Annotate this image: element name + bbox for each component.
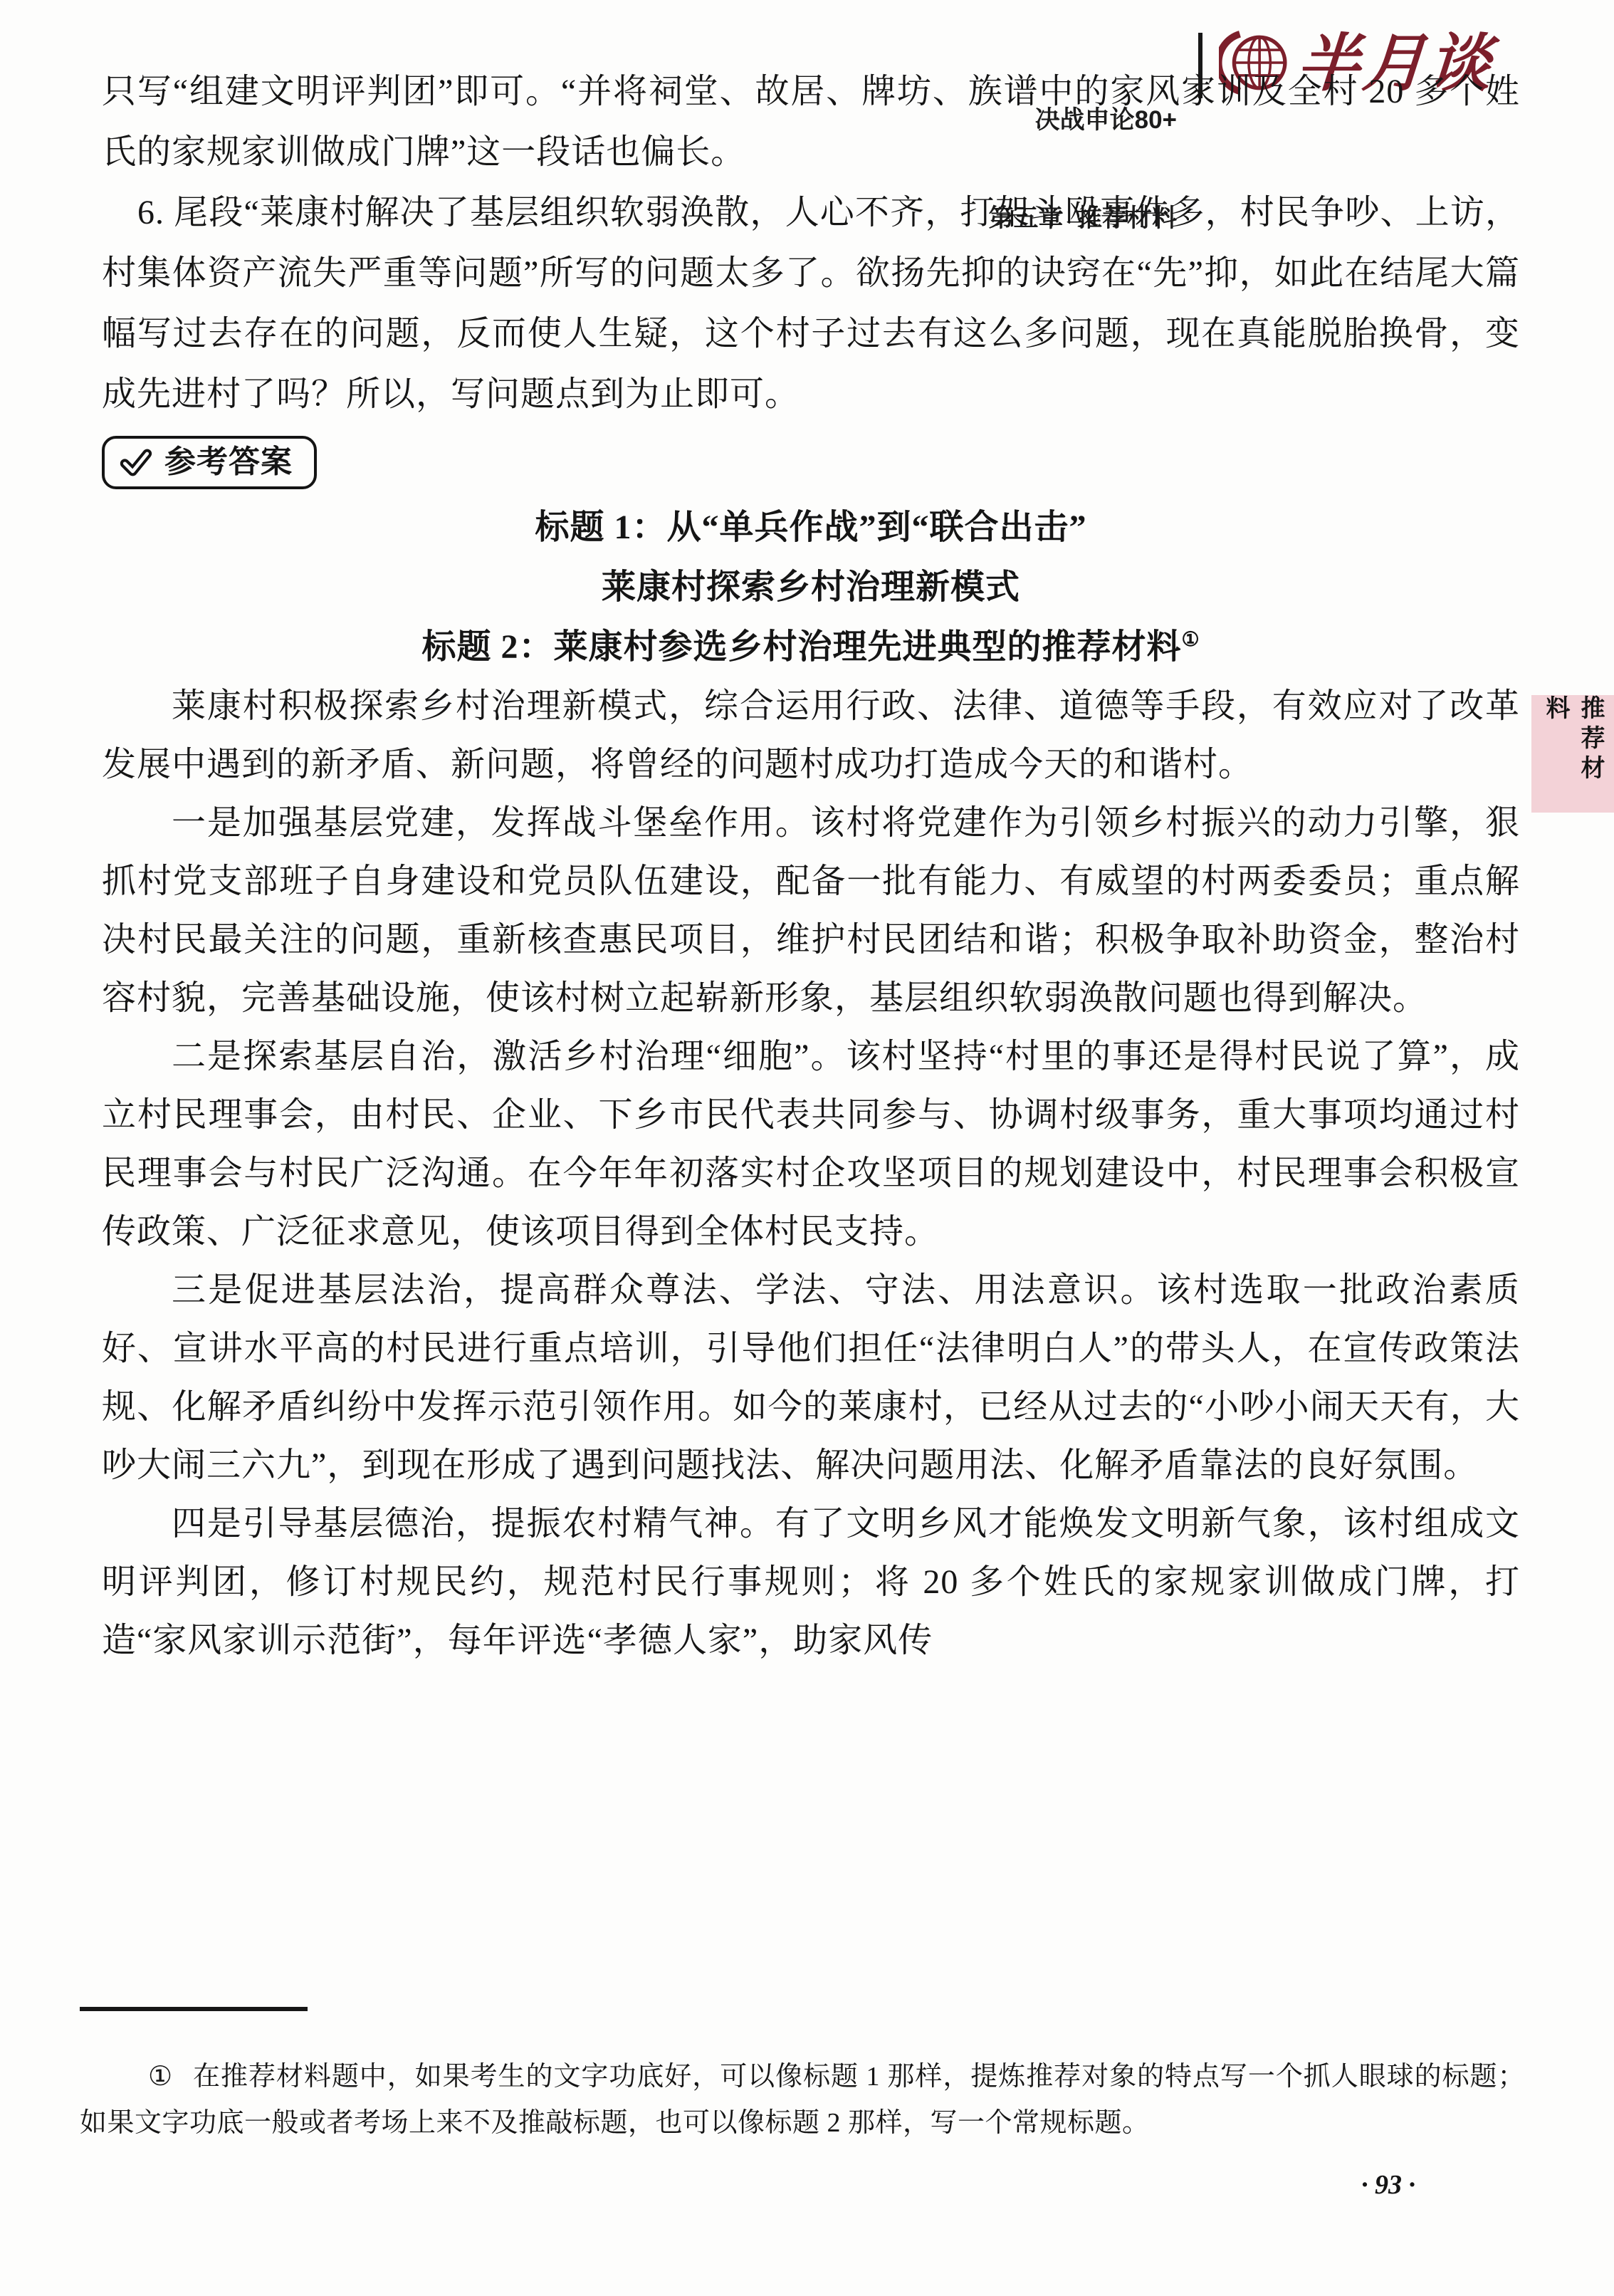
book-page: 决战申论80+ 第五章 推荐材料 半月谈 推荐材料 只写“组建文明评判 — [0, 0, 1614, 2296]
critique-continuation: 只写“组建文明评判团”即可。“并将祠堂、故居、牌坊、族谱中的家风家训及全村 20… — [102, 61, 1520, 182]
answer-paragraph: 莱康村积极探索乡村治理新模式，综合运用行政、法律、道德等手段，有效应对了改革发展… — [102, 677, 1520, 794]
critique-point-6: 6. 尾段“莱康村解决了基层组织软弱涣散，人心不齐，打架斗殴事件多，村民争吵、上… — [102, 182, 1520, 424]
footnote-separator — [80, 2007, 308, 2011]
answer-title2: 标题 2：莱康村参选乡村治理先进典型的推荐材料① — [102, 617, 1520, 677]
page-body: 只写“组建文明评判团”即可。“并将祠堂、故居、牌坊、族谱中的家风家训及全村 20… — [102, 61, 1520, 1670]
answer-paragraph: 二是探索基层自治，激活乡村治理“细胞”。该村坚持“村里的事还是得村民说了算”，成… — [102, 1028, 1520, 1261]
answer-title1-line1: 标题 1：从“单兵作战”到“联合出击” — [102, 498, 1520, 558]
reference-answer-label: 参考答案 — [164, 444, 293, 481]
answer-paragraph: 四是引导基层德治，提振农村精气神。有了文明乡风才能焕发文明新气象，该村组成文明评… — [102, 1495, 1520, 1670]
reference-answer-badge: 参考答案 — [102, 436, 317, 489]
footnote-mark: ① — [148, 2062, 173, 2092]
answer-paragraph: 三是促进基层法治，提高群众尊法、学法、守法、用法意识。该村选取一批政治素质好、宣… — [102, 1261, 1520, 1495]
answer-paragraph: 一是加强基层党建，发挥战斗堡垒作用。该村将党建作为引领乡村振兴的动力引擎，狠抓村… — [102, 794, 1520, 1028]
answer-title2-text: 标题 2：莱康村参选乡村治理先进典型的推荐材料 — [421, 628, 1181, 666]
chapter-side-tab-label: 推荐材料 — [1538, 695, 1608, 813]
footnote: ①在推荐材料题中，如果考生的文字功底好，可以像标题 1 那样，提炼推荐对象的特点… — [80, 2054, 1525, 2146]
footnote-ref-mark: ① — [1181, 629, 1200, 651]
chapter-side-tab: 推荐材料 — [1531, 695, 1614, 813]
page-number: · 93 · — [1310, 2169, 1467, 2201]
check-icon — [119, 445, 153, 479]
footnote-text: 在推荐材料题中，如果考生的文字功底好，可以像标题 1 那样，提炼推荐对象的特点写… — [80, 2062, 1525, 2138]
answer-title1-line2: 莱康村探索乡村治理新模式 — [102, 558, 1520, 617]
